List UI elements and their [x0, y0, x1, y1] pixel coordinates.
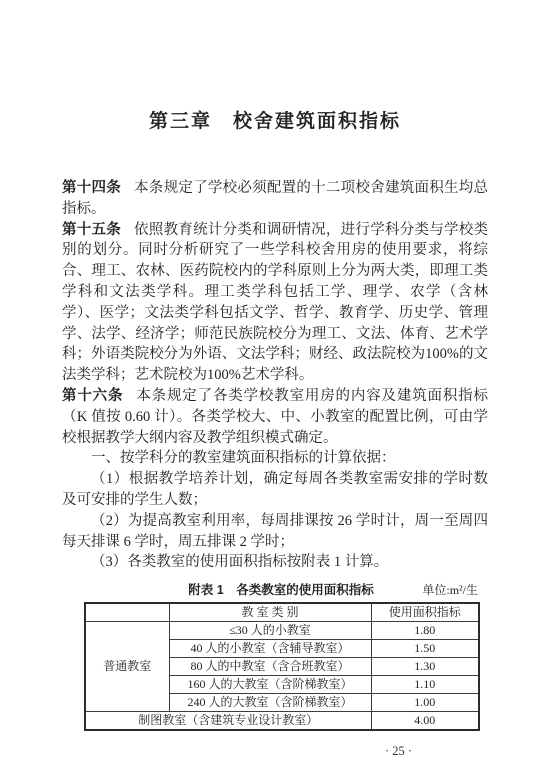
category-cell: 40 人的小教室（含辅导教室） [169, 640, 371, 658]
article-number: 第十四条 [62, 180, 134, 196]
indicator-cell: 4.00 [371, 712, 479, 731]
unit-label: 单位:m²/生 [422, 581, 478, 599]
indicator-header-cell: 使用面积指标 [371, 603, 479, 622]
article-number: 第十六条 [62, 388, 136, 404]
table-row: 制图教室（含建筑专业设计教室） 4.00 [85, 712, 479, 731]
table-caption-row: 附表 1 各类教室的使用面积指标 单位:m²/生 [84, 581, 478, 599]
list-item: （1）根据教学培养计划，确定每周各类教室需安排的学时数及可安排的学生人数； [62, 469, 488, 511]
category-cell: 80 人的中教室（含合班教室） [169, 658, 371, 676]
list-item: 一、按学科分的教室建筑面积指标的计算依据： [62, 448, 488, 469]
indicator-cell: 1.10 [371, 676, 479, 694]
article-text: 依照教育统计分类和调研情况，进行学科分类与学校类别的划分。同时分析研究了一些学科… [62, 222, 488, 384]
indicator-cell: 1.00 [371, 694, 479, 712]
category-cell: 制图教室（含建筑专业设计教室） [85, 712, 371, 731]
empty-header-cell [85, 603, 169, 622]
category-header-cell: 教 室 类 别 [169, 603, 371, 622]
list-item: （3）各类教室的使用面积指标按附表 1 计算。 [62, 552, 488, 573]
document-page: 第三章 校舍建筑面积指标 第十四条本条规定了学校必须配置的十二项校舍建筑面积生均… [0, 0, 548, 759]
category-cell: 160 人的大教室（含阶梯教室） [169, 676, 371, 694]
table-caption: 附表 1 各类教室的使用面积指标 [84, 581, 478, 599]
table-header-row: 教 室 类 别 使用面积指标 [85, 603, 479, 622]
indicator-cell: 1.50 [371, 640, 479, 658]
article-paragraph: 第十五条依照教育统计分类和调研情况，进行学科分类与学校类别的划分。同时分析研究了… [62, 220, 488, 386]
category-cell: 240 人的大教室（含阶梯教室） [169, 694, 371, 712]
page-number: · 25 · [62, 744, 488, 759]
article-paragraph: 第十六条本条规定了各类学校教室用房的内容及建筑面积指标（K 值按 0.60 计）… [62, 386, 488, 448]
chapter-title: 第三章 校舍建筑面积指标 [62, 110, 488, 134]
indicator-cell: 1.30 [371, 658, 479, 676]
table-row: 普通教室 ≤30 人的小教室 1.80 [85, 622, 479, 640]
indicator-cell: 1.80 [371, 622, 479, 640]
category-cell: ≤30 人的小教室 [169, 622, 371, 640]
article-paragraph: 第十四条本条规定了学校必须配置的十二项校舍建筑面积生均总指标。 [62, 178, 488, 220]
body-text: 第十四条本条规定了学校必须配置的十二项校舍建筑面积生均总指标。 第十五条依照教育… [62, 178, 488, 573]
group-label-cell: 普通教室 [85, 622, 169, 712]
list-item: （2）为提高教室利用率，每周排课按 26 学时计，周一至周四每天排课 6 学时，… [62, 511, 488, 553]
article-number: 第十五条 [62, 222, 134, 238]
classroom-area-table: 教 室 类 别 使用面积指标 普通教室 ≤30 人的小教室 1.80 40 人的… [84, 602, 480, 731]
